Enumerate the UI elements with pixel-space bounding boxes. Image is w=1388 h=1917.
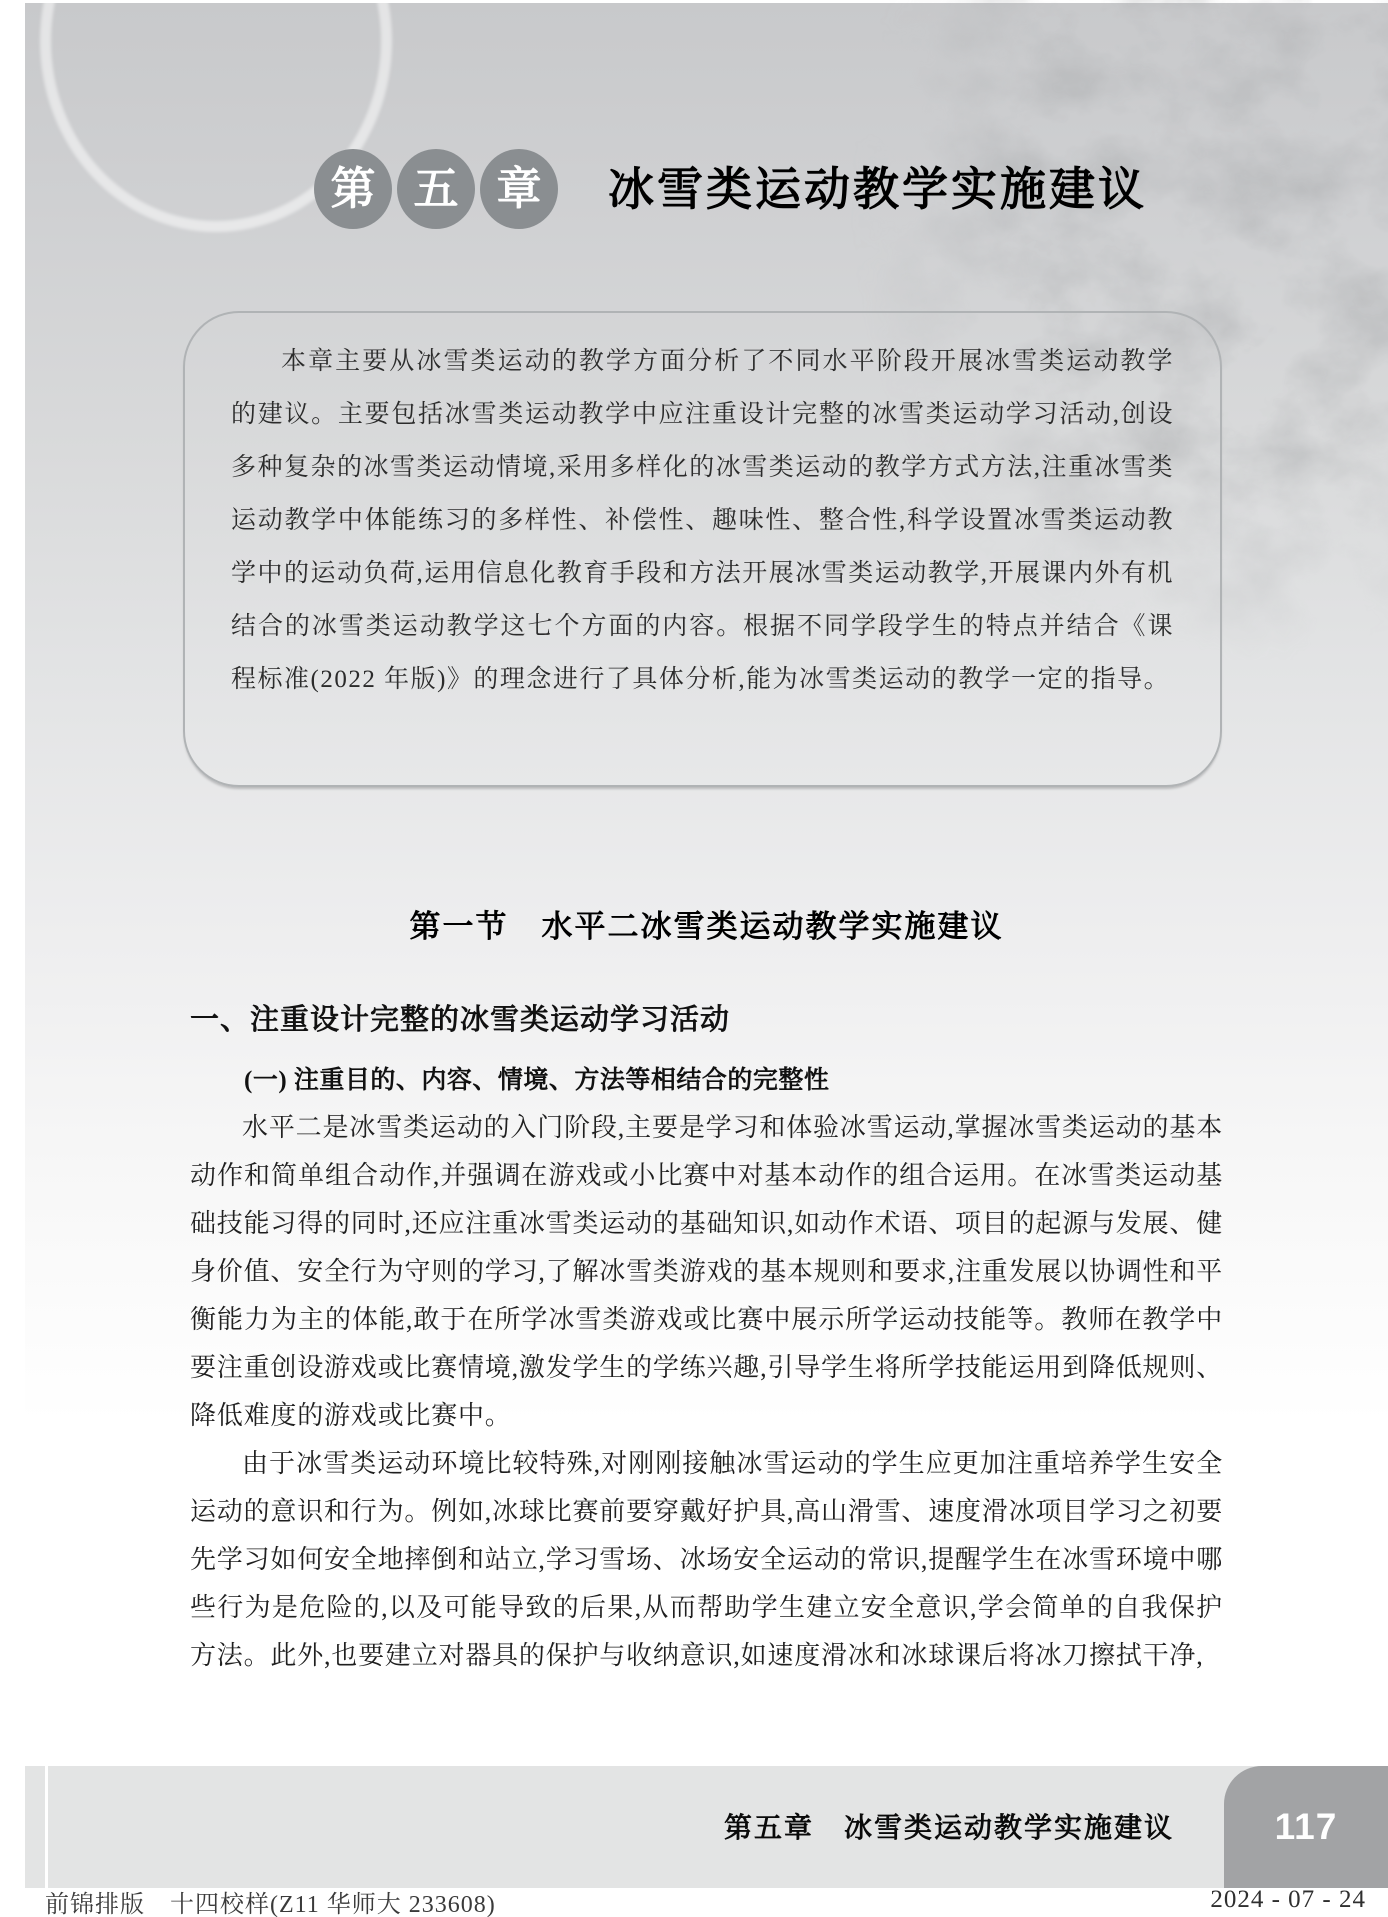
footer-band-notch [45,1766,48,1888]
heading-1: 一、注重设计完整的冰雪类运动学习活动 [190,997,730,1038]
chapter-title: 冰雪类运动教学实施建议 [608,150,1147,228]
section-title: 第一节 水平二冰雪类运动教学实施建议 [190,901,1223,946]
footer-chapter-label: 第五章 冰雪类运动教学实施建议 [724,1806,1174,1846]
body-text: 水平二是冰雪类运动的入门阶段,主要是学习和体验冰雪运动,掌握冰雪类运动的基本动作… [190,1104,1223,1680]
subheading-1: (一) 注重目的、内容、情境、方法等相结合的完整性 [190,1060,829,1096]
proof-info: 前锦排版 十四校样(Z11 华师大 233608) [45,1884,496,1917]
chapter-summary-text: 本章主要从冰雪类运动的教学方面分析了不同水平阶段开展冰雪类运动教学的建议。主要包… [231,335,1174,706]
page-number-tab: 117 [1224,1766,1388,1888]
page-number: 117 [1275,1806,1338,1847]
chapter-badge-char: 章 [480,149,558,229]
paragraph-2: 由于冰雪类运动环境比较特殊,对刚刚接触冰雪运动的学生应更加注重培养学生安全运动的… [190,1440,1223,1680]
chapter-badge-char: 第 [314,149,392,229]
chapter-badge: 第 五 章 [314,149,558,229]
page: 第 五 章 冰雪类运动教学实施建议 本章主要从冰雪类运动的教学方面分析了不同水平… [0,0,1388,1917]
chapter-summary-box: 本章主要从冰雪类运动的教学方面分析了不同水平阶段开展冰雪类运动教学的建议。主要包… [183,311,1222,787]
paragraph-1: 水平二是冰雪类运动的入门阶段,主要是学习和体验冰雪运动,掌握冰雪类运动的基本动作… [190,1104,1223,1440]
footer-band [25,1766,1388,1888]
chapter-badge-char: 五 [397,149,475,229]
proof-date: 2024 - 07 - 24 [1210,1886,1366,1914]
